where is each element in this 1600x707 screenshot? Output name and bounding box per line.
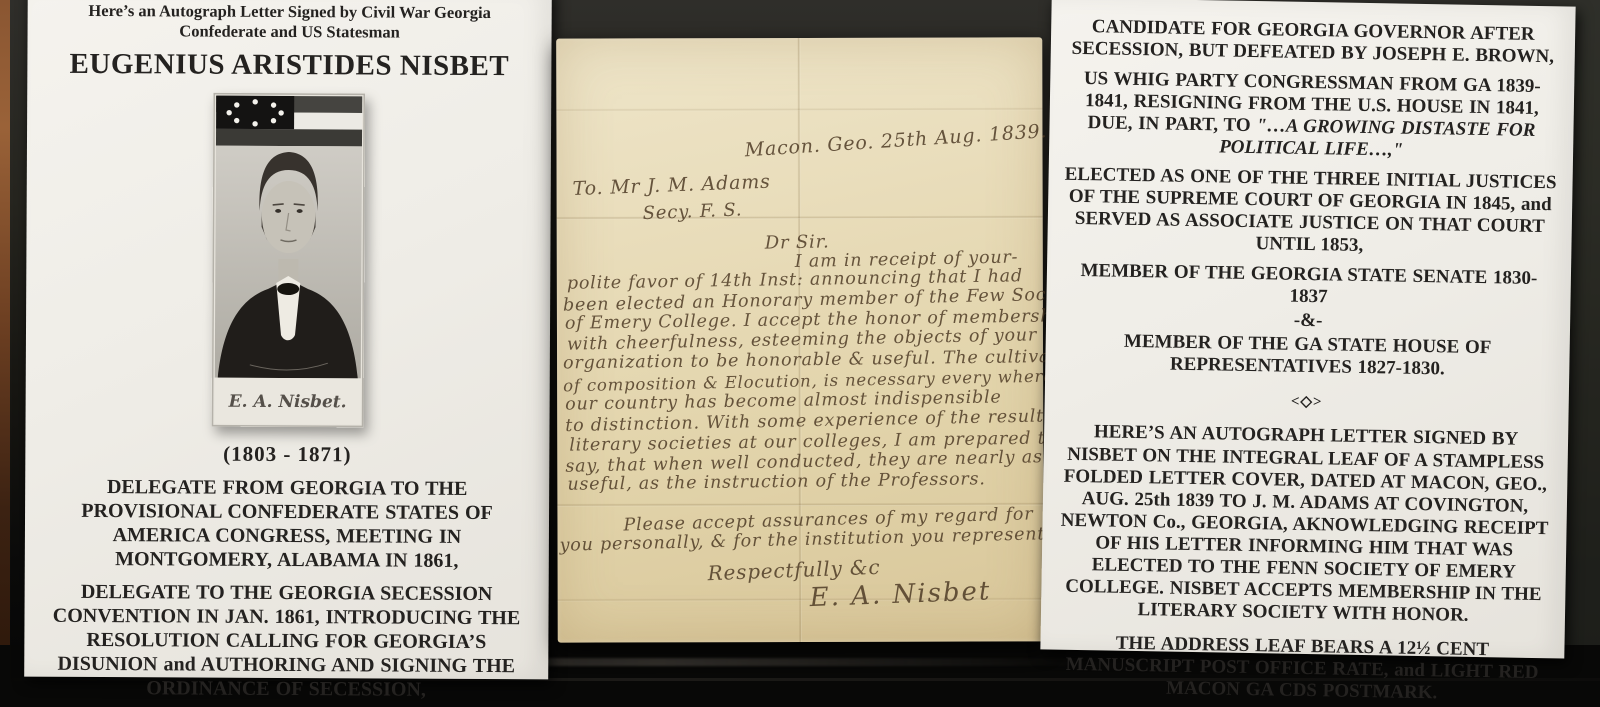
right-paragraph-3: ELECTED AS ONE OF THE THREE INITIAL JUST… xyxy=(1062,164,1557,261)
lifespan-dates: (1803 - 1871) xyxy=(33,440,541,468)
right-paragraph-7: HERE’S AN AUTOGRAPH LETTER SIGNED BY NIS… xyxy=(1056,421,1553,628)
left-paragraph-2: DELEGATE TO THE GEORGIA SECESSION CONVEN… xyxy=(32,579,541,702)
letter-salutation: Dr Sir. xyxy=(765,231,830,253)
portrait-signature: E. A. Nisbet. xyxy=(228,391,347,412)
autograph-letter-sheet: Macon. Geo. 25th Aug. 1839. To. Mr J. M.… xyxy=(556,37,1044,642)
left-description-page: Here’s an Autograph Letter Signed by Civ… xyxy=(24,0,552,679)
right-paragraph-2: US WHIG PARTY CONGRESSMAN FROM GA 1839-1… xyxy=(1064,68,1559,165)
letter-body-line: useful, as the instruction of the Profes… xyxy=(567,469,986,494)
fold-crease xyxy=(557,215,1043,219)
framed-display-photo: Here’s an Autograph Letter Signed by Civ… xyxy=(0,0,1600,707)
right-paragraph-2-quote: "…A GROWING DISTASTE FOR POLITICAL LIFE…… xyxy=(1219,115,1536,161)
left-paragraph-1: DELEGATE FROM GEORGIA TO THE PROVISIONAL… xyxy=(33,474,541,573)
nisbet-portrait-engraving: E. A. Nisbet. xyxy=(212,92,366,427)
portrait-bust xyxy=(215,145,362,378)
fold-crease xyxy=(556,107,1042,111)
letter-dateline: Macon. Geo. 25th Aug. 1839. xyxy=(744,120,1048,161)
confederate-flag-icon xyxy=(216,95,362,146)
page-title: EUGENIUS ARISTIDES NISBET xyxy=(35,49,543,82)
left-header-line1: Here’s an Autograph Letter Signed by Civ… xyxy=(36,1,544,24)
right-description-page: CANDIDATE FOR GEORGIA GOVERNOR AFTER SEC… xyxy=(1040,0,1575,659)
letter-addressee: To. Mr J. M. Adams xyxy=(572,171,771,200)
nisbet-signature: E. A. Nisbet xyxy=(809,576,992,613)
letter-addressee-title: Secy. F. S. xyxy=(642,199,742,224)
right-paragraph-6: MEMBER OF THE GA STATE HOUSE OF REPRESEN… xyxy=(1060,330,1555,383)
left-header-line2: Confederate and US Statesman xyxy=(36,21,544,44)
diamond-divider: <◇> xyxy=(1060,388,1554,416)
wood-edge-strip xyxy=(0,0,10,707)
right-paragraph-1: CANDIDATE FOR GEORGIA GOVERNOR AFTER SEC… xyxy=(1066,16,1561,69)
right-paragraph-4: MEMBER OF THE GEORGIA STATE SENATE 1830-… xyxy=(1061,260,1556,313)
right-paragraph-8: THE ADDRESS LEAF BEARS A 12½ CENT MANUSC… xyxy=(1055,631,1550,706)
